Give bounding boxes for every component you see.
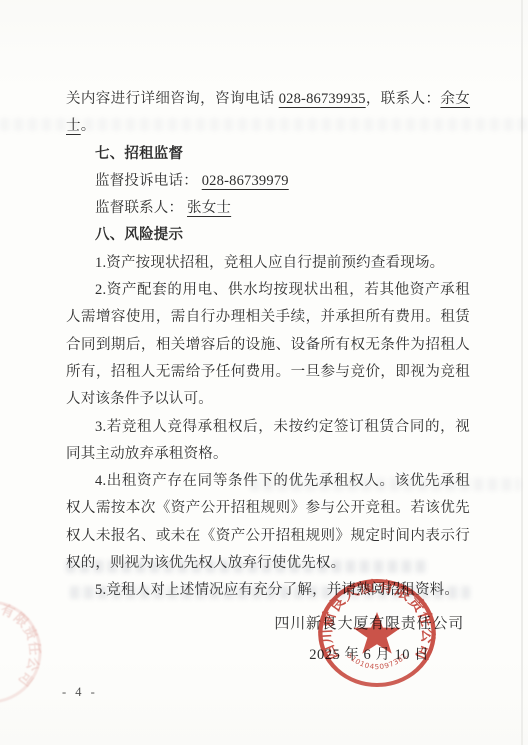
partial-seal-left: 四川新良大厦有限责任公司: [0, 579, 63, 724]
text-segment: 1.资产按现状招租，竞租人应自行提前预约查看现场。: [95, 255, 444, 271]
scan-edge: [521, 0, 523, 745]
paragraph-p3: 监督投诉电话： 028-86739979: [66, 168, 470, 195]
page-number: - 4 -: [62, 685, 98, 700]
text-segment: 监督投诉电话：: [95, 173, 202, 189]
underlined-text: 张女士: [187, 200, 231, 216]
text-segment: 4.出租资产存在同等条件下的优先承租权人。该优先承租权人需按本次《资产公开招租规…: [66, 473, 470, 571]
paragraph-p4: 监督联系人： 张女士: [66, 195, 470, 222]
seal-serial-number: 5101045097382: [345, 651, 409, 671]
text-segment: ，联系人：: [366, 91, 441, 107]
text-segment: 。: [81, 118, 96, 134]
seal-star-icon: [353, 612, 401, 654]
underlined-text: 028-86739935: [279, 91, 366, 107]
text-segment: 监督联系人：: [95, 200, 187, 216]
paragraph-p1: 关内容进行详细咨询，咨询电话 028-86739935，联系人：余女士。: [66, 86, 470, 141]
text-segment: 3.若竞租人竞得承租权后，未按约定签订租赁合同的，视同其主动放弃承租资格。: [66, 419, 470, 462]
partial-seal-arc-text: 四川新良大厦有限责任公司: [0, 587, 54, 691]
paragraph-p8: 3.若竞租人竞得承租权后，未按约定签订租赁合同的，视同其主动放弃承租资格。: [66, 414, 470, 469]
paragraph-p9: 4.出租资产存在同等条件下的优先承租权人。该优先承租权人需按本次《资产公开招租规…: [66, 468, 470, 577]
underlined-text: 028-86739979: [202, 173, 289, 189]
document-page: 关内容进行详细咨询，咨询电话 028-86739935，联系人：余女士。七、招租…: [0, 0, 528, 745]
text-segment: 八、风险提示: [95, 227, 183, 243]
paragraph-p2: 七、招租监督: [66, 141, 470, 168]
text-segment: 关内容进行详细咨询，咨询电话: [66, 91, 279, 107]
document-body: 关内容进行详细咨询，咨询电话 028-86739935，联系人：余女士。七、招租…: [66, 86, 470, 605]
paragraph-p6: 1.资产按现状招租，竞租人应自行提前预约查看现场。: [66, 250, 470, 277]
company-seal: 四川新良大厦有限责任公司 5101045097382: [316, 577, 438, 689]
text-segment: 七、招租监督: [95, 146, 183, 162]
paragraph-p5: 八、风险提示: [66, 222, 470, 249]
paragraph-p7: 2.资产配套的用电、供水均按现状出租，若其他资产承租人需增容使用，需自行办理相关…: [66, 277, 470, 413]
text-segment: 2.资产配套的用电、供水均按现状出租，若其他资产承租人需增容使用，需自行办理相关…: [66, 282, 470, 407]
